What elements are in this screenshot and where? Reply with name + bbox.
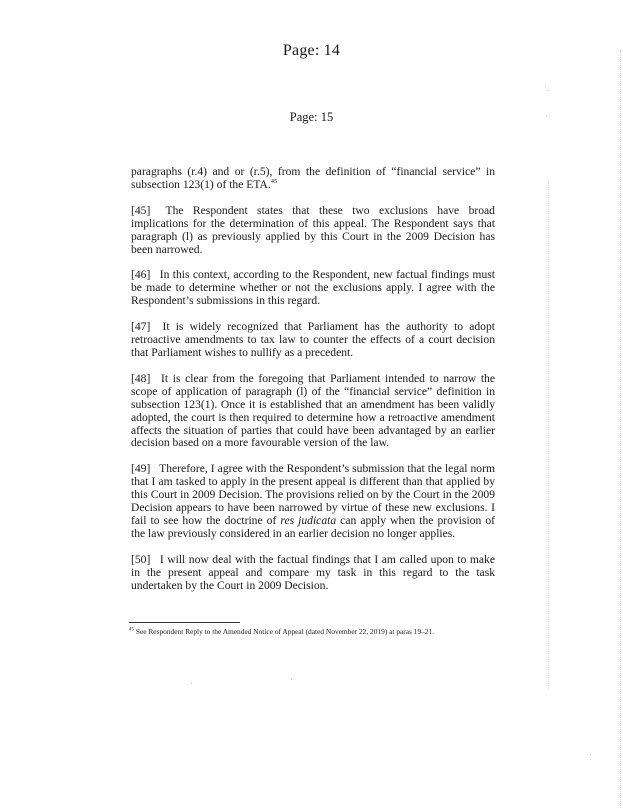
document-body: paragraphs (r.4) and or (r.5), from the …	[131, 166, 495, 605]
scan-artifact-line	[548, 180, 550, 690]
paragraph-49: [49] Therefore, I agree with the Respond…	[131, 463, 495, 540]
scan-artifact-dot	[545, 86, 546, 87]
scanned-page: Page: 14 Page: 15 paragraphs (r.4) and o…	[0, 0, 623, 808]
paragraph-text: paragraphs (r.4) and or (r.5), from the …	[131, 165, 495, 191]
paragraph-50: [50] I will now deal with the factual fi…	[131, 554, 495, 593]
paragraph-45: [45] The Respondent states that these tw…	[131, 205, 495, 257]
latin-term: res judicata	[280, 514, 336, 527]
paragraph-number: [50]	[131, 553, 150, 566]
paragraph-number: [47]	[131, 320, 150, 333]
scan-artifact-dot	[590, 754, 591, 755]
paragraph-number: [48]	[131, 372, 150, 385]
paragraph-text: It is widely recognized that Parliament …	[131, 320, 495, 359]
paragraph-text: In this context, according to the Respon…	[131, 268, 495, 307]
footnote-divider	[129, 622, 240, 623]
paragraph-number: [46]	[131, 268, 150, 281]
footnote-reference: 45	[271, 178, 278, 185]
inner-page-label: Page: 15	[0, 110, 623, 125]
paragraph-number: [45]	[131, 204, 150, 217]
footnote-text: See Respondent Reply to the Amended Noti…	[136, 627, 434, 636]
paragraph-48: [48] It is clear from the foregoing that…	[131, 373, 495, 450]
paragraph-number: [49]	[131, 462, 150, 475]
footnote: 45 See Respondent Reply to the Amended N…	[129, 627, 509, 636]
scan-artifact-dot	[546, 115, 547, 116]
paragraph-text: I will now deal with the factual finding…	[131, 553, 495, 592]
paragraph-text: The Respondent states that these two exc…	[131, 204, 495, 256]
paragraph-text: It is clear from the foregoing that Parl…	[131, 372, 495, 450]
paragraph-47: [47] It is widely recognized that Parlia…	[131, 321, 495, 360]
scan-artifact-dot	[291, 679, 292, 680]
outer-page-label: Page: 14	[0, 42, 623, 60]
scan-artifact-dot	[191, 683, 192, 684]
paragraph-46: [46] In this context, according to the R…	[131, 269, 495, 308]
paragraph-continuation: paragraphs (r.4) and or (r.5), from the …	[131, 166, 495, 192]
footnote-marker: 45	[129, 628, 134, 633]
scan-artifact-dot	[547, 90, 548, 91]
scan-artifact-line	[620, 50, 622, 808]
